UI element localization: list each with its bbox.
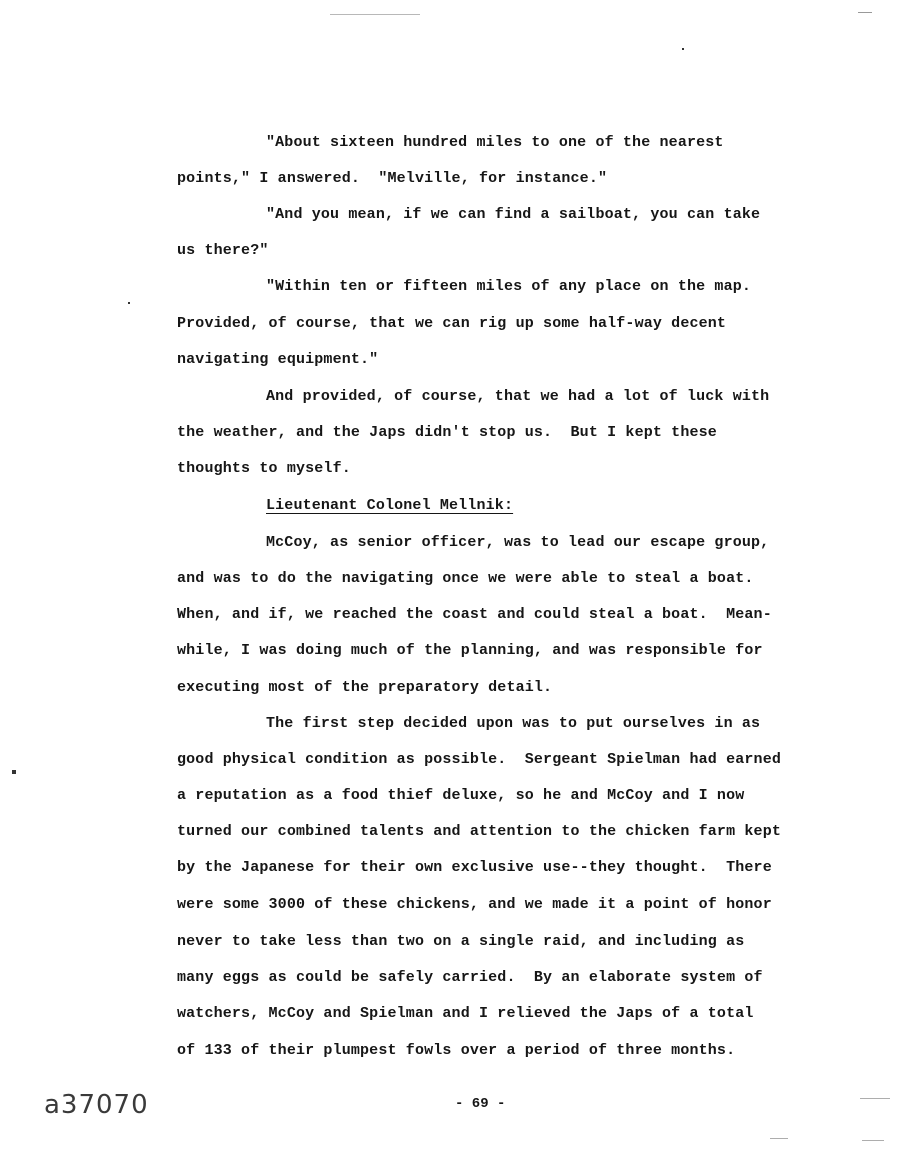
text-line: "And you mean, if we can find a sailboat… bbox=[266, 206, 760, 223]
text-line: thoughts to myself. bbox=[177, 460, 351, 477]
text-line: us there?" bbox=[177, 242, 269, 259]
text-line: by the Japanese for their own exclusive … bbox=[177, 859, 772, 876]
text-line: while, I was doing much of the planning,… bbox=[177, 642, 763, 659]
text-line: were some 3000 of these chickens, and we… bbox=[177, 896, 772, 913]
page-number: - 69 - bbox=[455, 1096, 505, 1112]
text-line: When, and if, we reached the coast and c… bbox=[177, 606, 772, 623]
scan-speck bbox=[862, 1140, 884, 1141]
text-line: watchers, McCoy and Spielman and I relie… bbox=[177, 1005, 754, 1022]
scan-speck bbox=[128, 302, 130, 304]
text-line: of 133 of their plumpest fowls over a pe… bbox=[177, 1042, 735, 1059]
text-line: a reputation as a food thief deluxe, so … bbox=[177, 787, 744, 804]
text-line: Provided, of course, that we can rig up … bbox=[177, 315, 726, 332]
text-line: the weather, and the Japs didn't stop us… bbox=[177, 424, 717, 441]
scan-speck bbox=[682, 48, 684, 50]
text-line: "About sixteen hundred miles to one of t… bbox=[266, 134, 724, 151]
scan-speck bbox=[770, 1138, 788, 1139]
scan-speck bbox=[858, 12, 872, 13]
text-line: many eggs as could be safely carried. By… bbox=[177, 969, 763, 986]
text-line: The first step decided upon was to put o… bbox=[266, 715, 760, 732]
text-line: navigating equipment." bbox=[177, 351, 378, 368]
text-line: McCoy, as senior officer, was to lead ou… bbox=[266, 534, 769, 551]
text-line: And provided, of course, that we had a l… bbox=[266, 388, 769, 405]
section-heading: Lieutenant Colonel Mellnik: bbox=[266, 497, 513, 514]
document-stamp-number: a37070 bbox=[44, 1090, 149, 1120]
text-line: never to take less than two on a single … bbox=[177, 933, 744, 950]
text-line: executing most of the preparatory detail… bbox=[177, 679, 552, 696]
text-line: turned our combined talents and attentio… bbox=[177, 823, 781, 840]
text-line: good physical condition as possible. Ser… bbox=[177, 751, 781, 768]
text-line: and was to do the navigating once we wer… bbox=[177, 570, 754, 587]
scan-speck bbox=[860, 1098, 890, 1099]
text-line: "Within ten or fifteen miles of any plac… bbox=[266, 278, 751, 295]
scan-speck bbox=[330, 14, 420, 15]
text-line: points," I answered. "Melville, for inst… bbox=[177, 170, 607, 187]
scan-speck bbox=[12, 770, 16, 774]
